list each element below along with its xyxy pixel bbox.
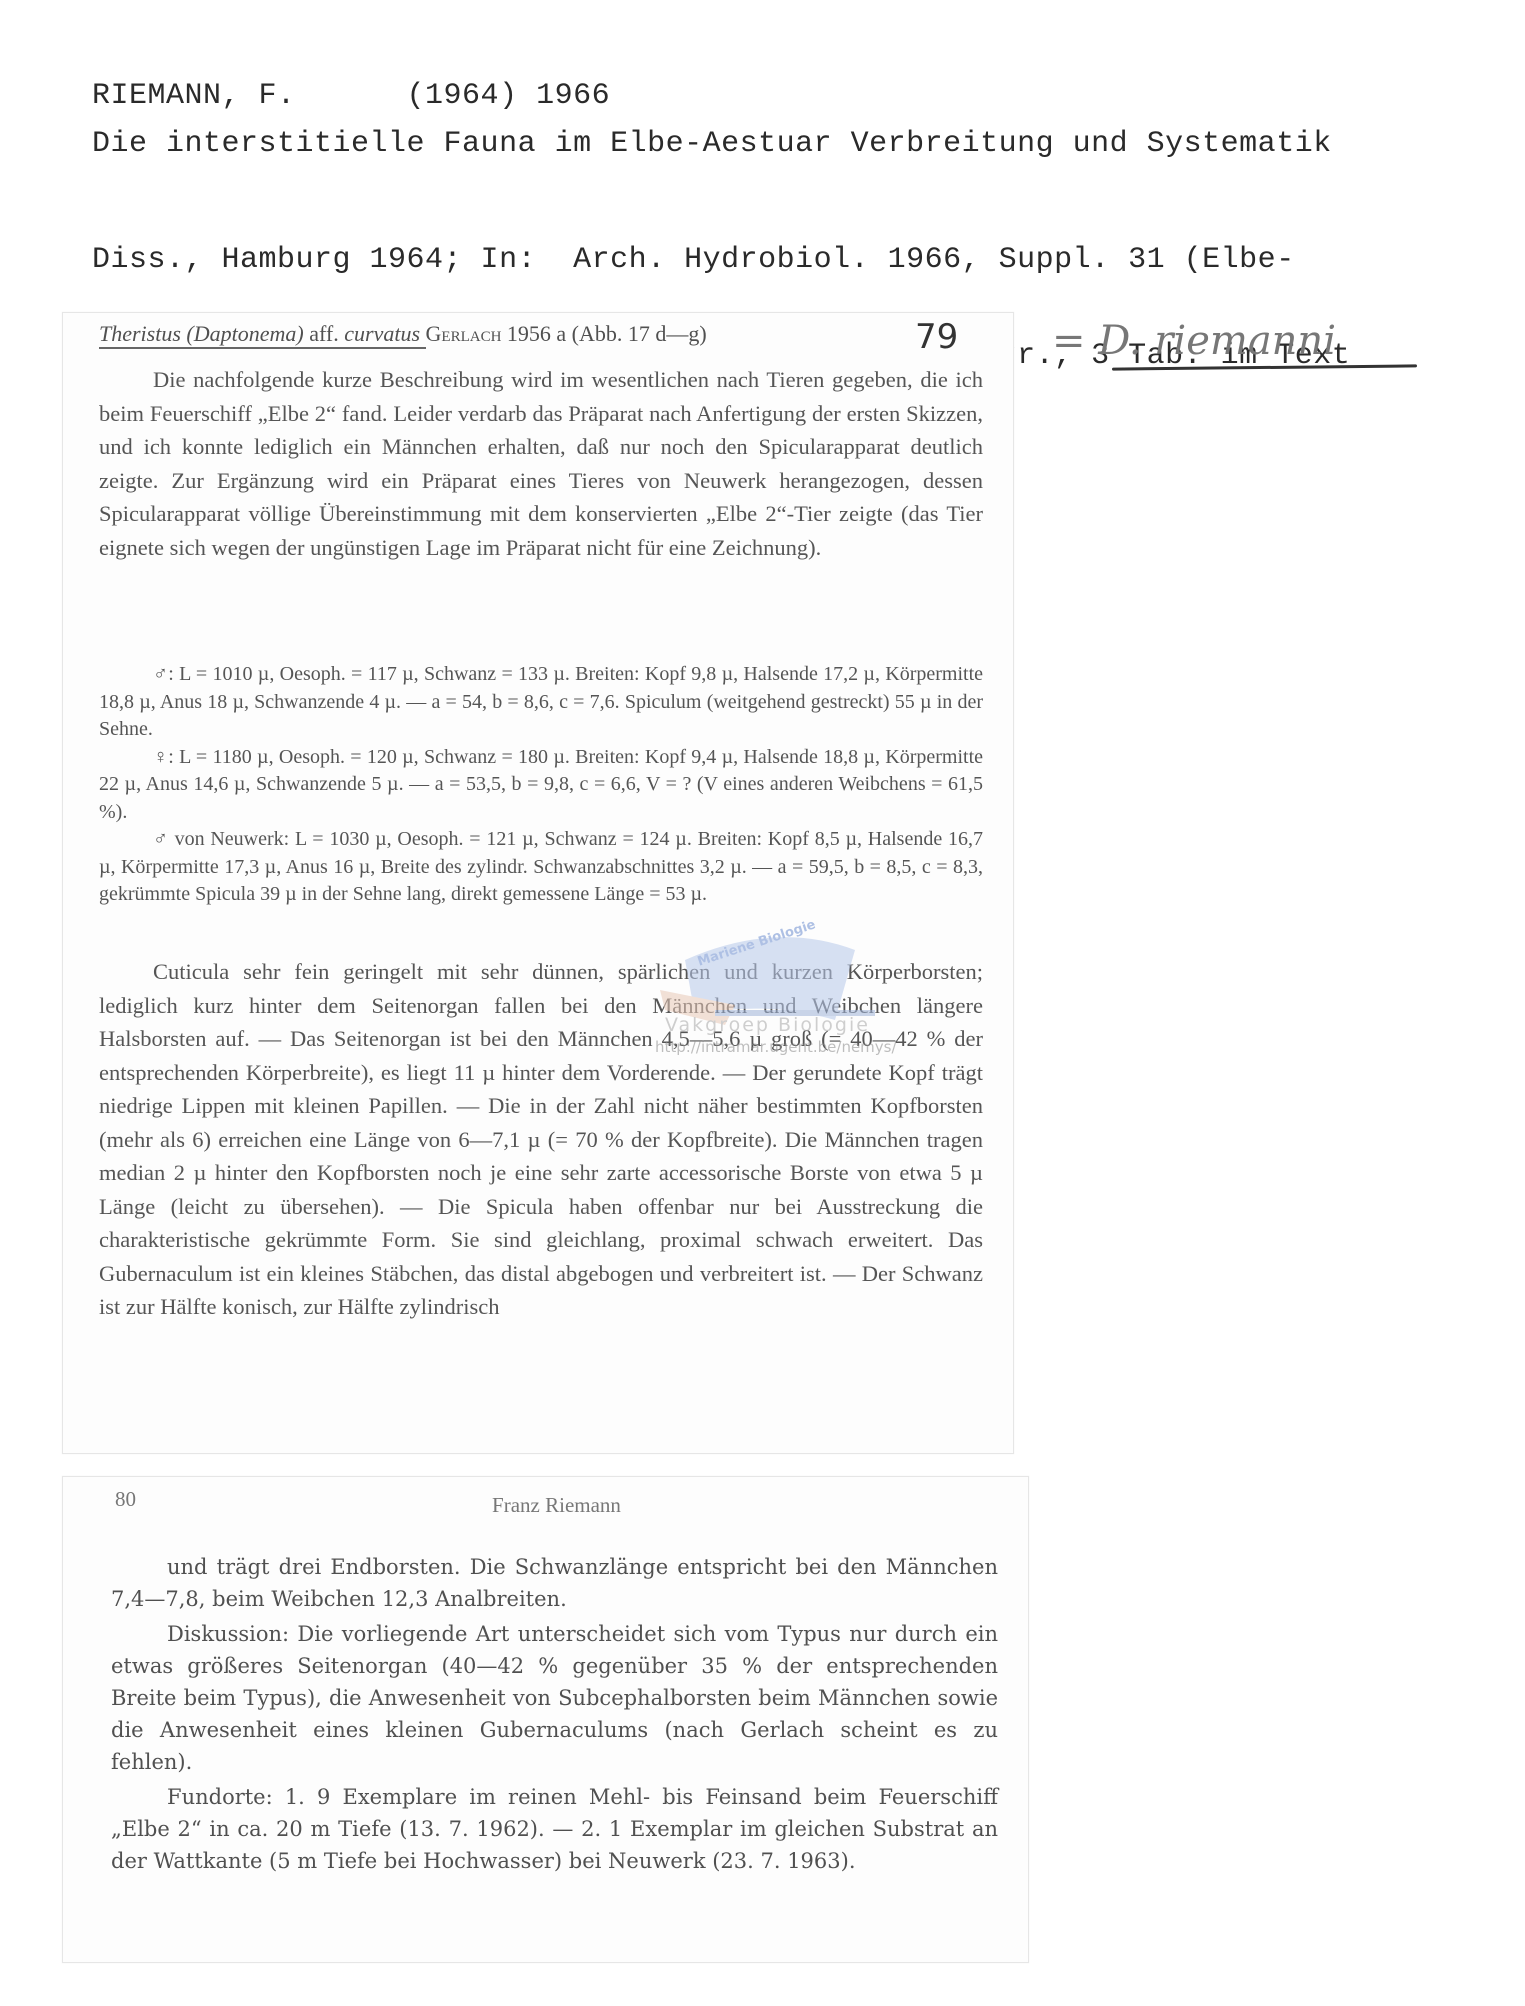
discussion-paragraph: Diskussion: Die vorliegende Art untersch… <box>111 1618 998 1778</box>
measurement-female: ♀: L = 1180 µ, Oesoph. = 120 µ, Schwanz … <box>99 744 983 827</box>
measurement-male: ♂: L = 1010 µ, Oesoph. = 117 µ, Schwanz … <box>99 661 983 744</box>
measurements-section: ♂: L = 1010 µ, Oesoph. = 117 µ, Schwanz … <box>99 661 983 909</box>
clipping-page-80: 80 Franz Riemann und trägt drei Endborst… <box>62 1476 1029 1963</box>
species-authority: Gerlach <box>426 321 502 346</box>
running-head-author: Franz Riemann <box>115 1493 998 1518</box>
species-heading: Theristus (Daptonema) aff. curvatus Gerl… <box>99 321 707 347</box>
measurement-male-neuwerk: ♂ von Neuwerk: L = 1030 µ, Oesoph. = 121… <box>99 826 983 909</box>
species-genus: Theristus (Daptonema) <box>99 321 304 346</box>
page80-body: und trägt drei Endborsten. Die Schwanzlä… <box>111 1551 998 1880</box>
description-section: Cuticula sehr fein geringelt mit sehr dü… <box>99 955 983 1324</box>
handwritten-page-number: 79 <box>915 317 958 357</box>
species-aff: aff. <box>309 321 339 346</box>
citation-title: Die interstitielle Fauna im Elbe-Aestuar… <box>92 128 1332 160</box>
localities-paragraph: Fundorte: 1. 9 Exemplare im reinen Mehl-… <box>111 1781 998 1877</box>
description-paragraph: Cuticula sehr fein geringelt mit sehr dü… <box>99 955 983 1324</box>
species-reference: 1956 a (Abb. 17 d—g) <box>507 321 707 346</box>
citation-source-line: Diss., Hamburg 1964; In: Arch. Hydrobiol… <box>92 244 1350 276</box>
species-epithet: curvatus <box>344 321 420 346</box>
handwritten-synonym-note: = D. riemanni <box>1052 318 1336 364</box>
continuation-paragraph: und trägt drei Endborsten. Die Schwanzlä… <box>111 1551 998 1615</box>
clipping-page-79: Theristus (Daptonema) aff. curvatus Gerl… <box>62 312 1014 1454</box>
citation-author-year: RIEMANN, F. (1964) 1966 <box>92 80 610 112</box>
intro-paragraph: Die nachfolgende kurze Beschreibung wird… <box>99 363 983 564</box>
intro-section: Die nachfolgende kurze Beschreibung wird… <box>99 363 983 564</box>
